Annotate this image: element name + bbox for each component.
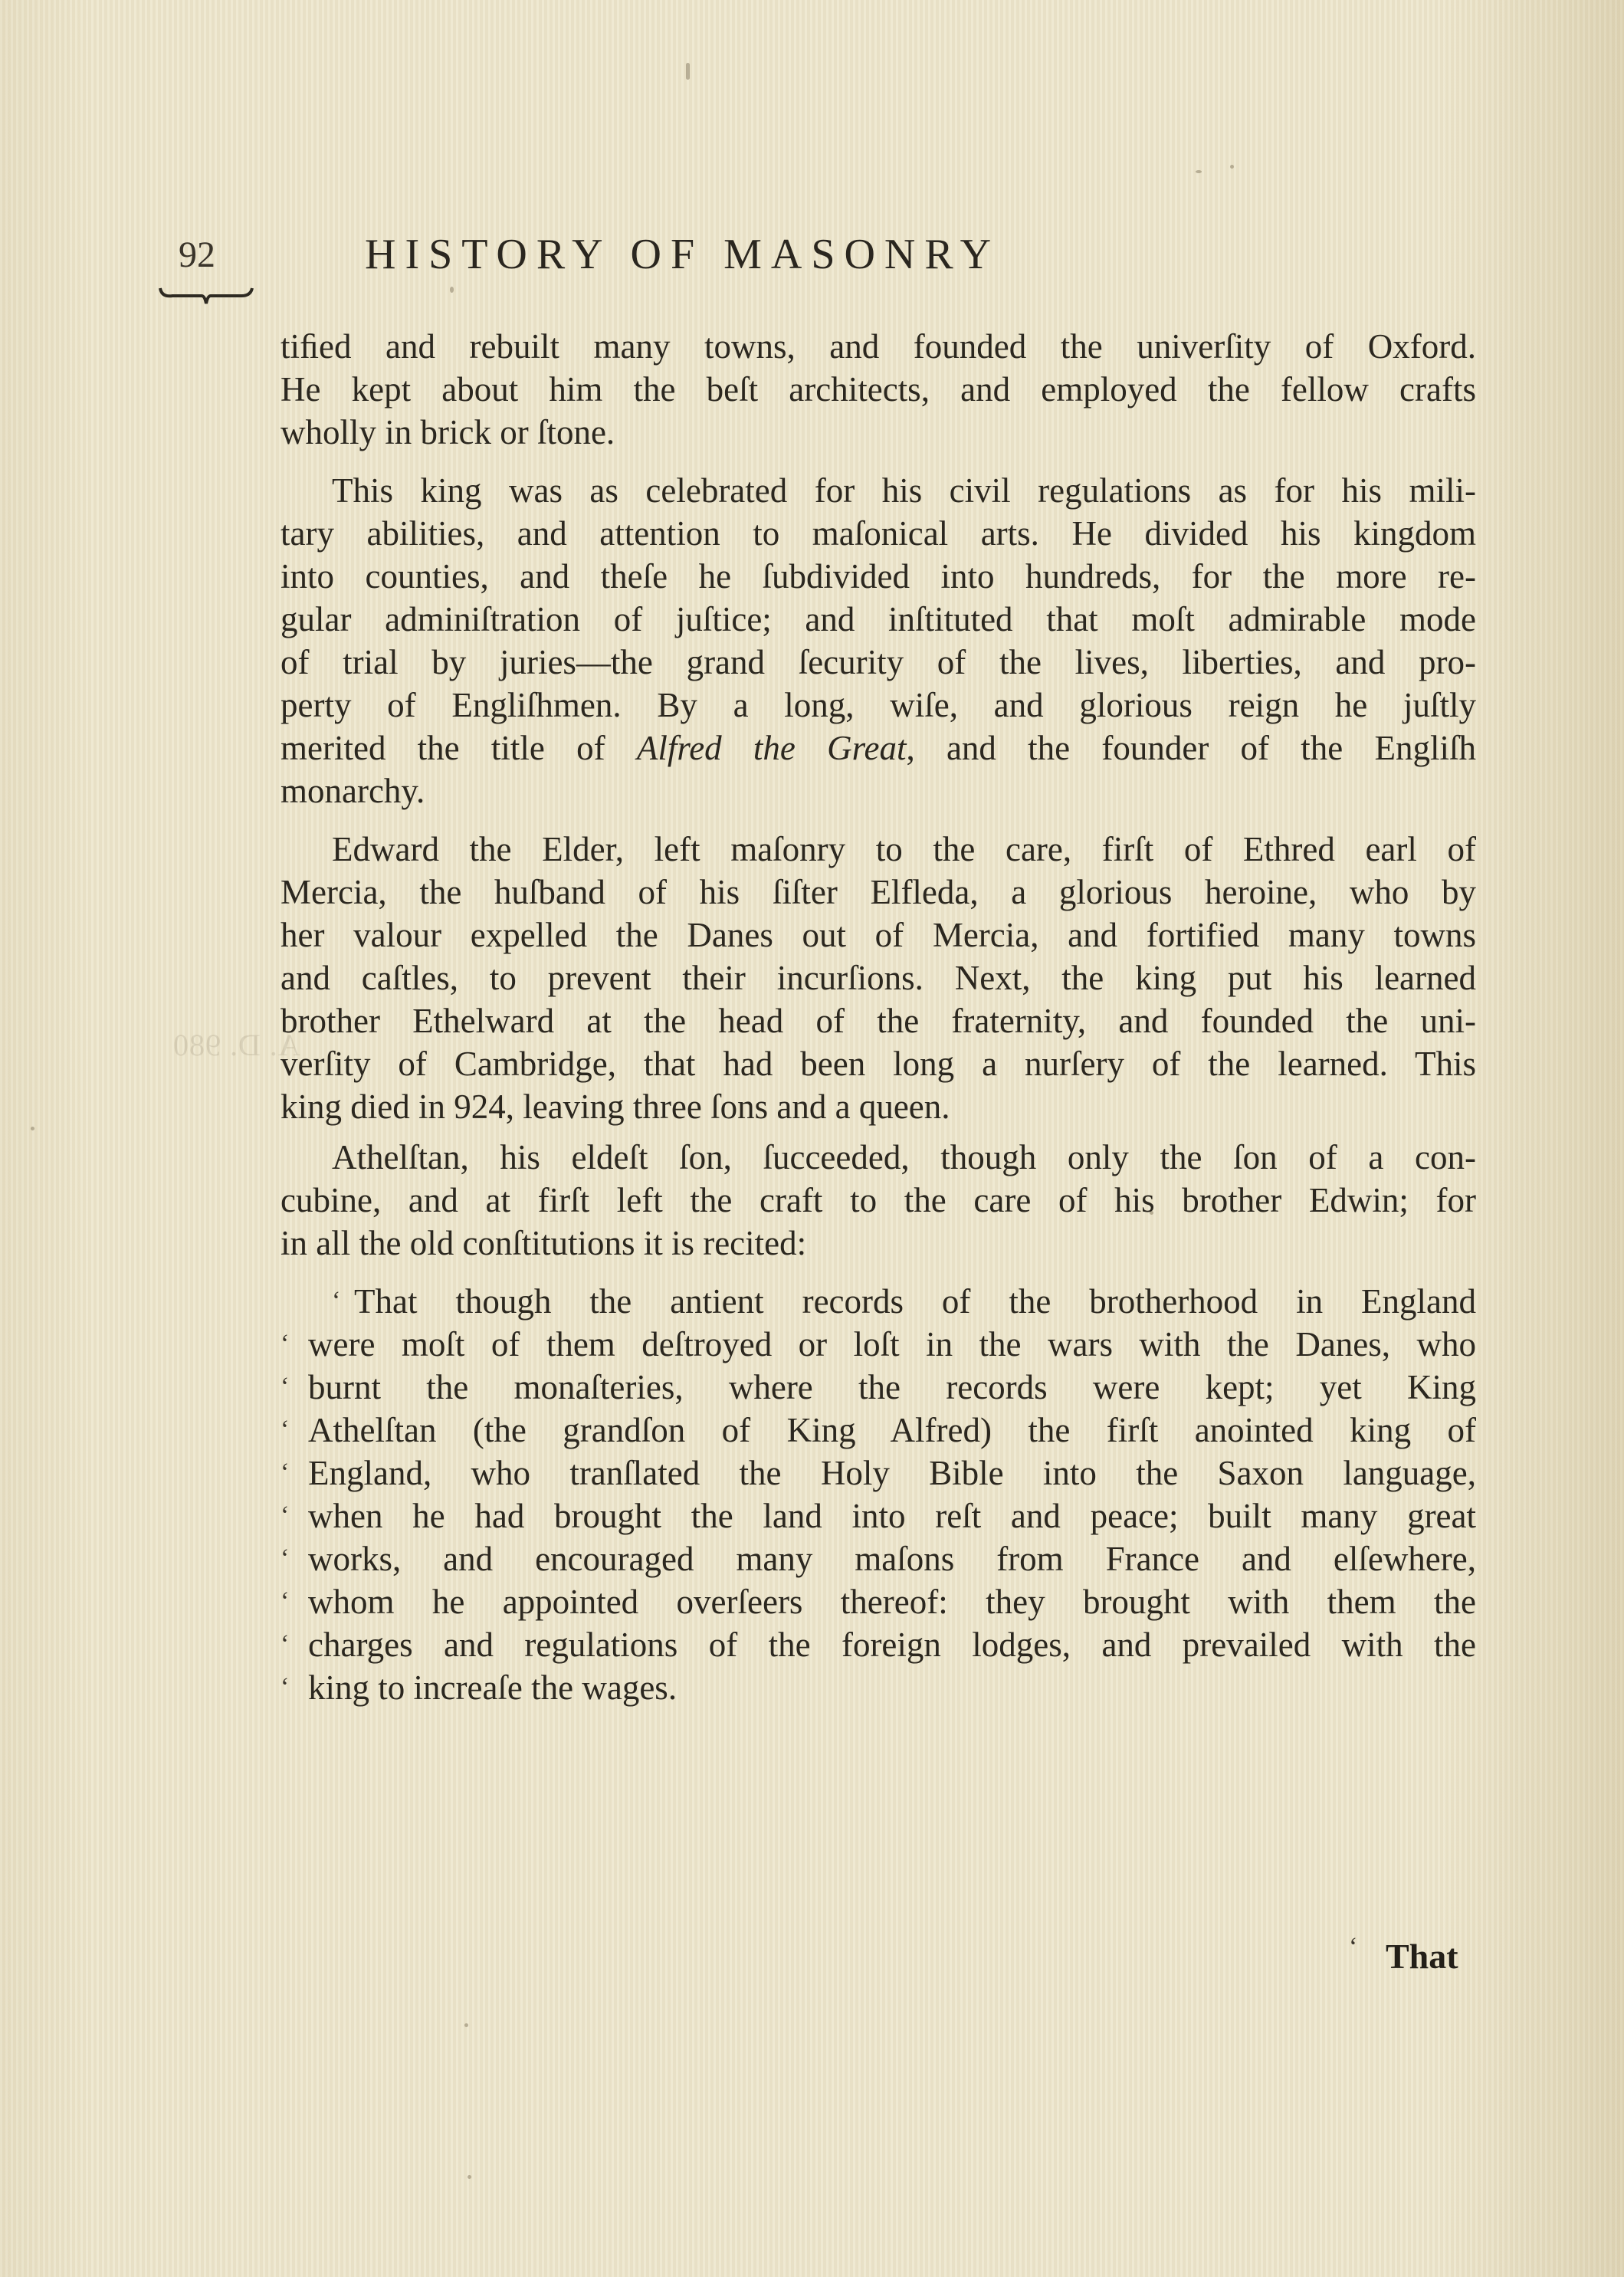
quote-line: England, who tranſlated the Holy Bible i… (308, 1452, 1476, 1494)
text-line: into counties, and theſe he ſubdivided i… (281, 555, 1476, 598)
text-line: king died in 924, leaving three ſons and… (281, 1085, 1476, 1128)
book-page: A. D. 980 92 HISTORY OF MASONRY tiﬁed an… (0, 0, 1624, 2277)
page-number: 92 (179, 234, 215, 276)
quote-continuation-mark: ‘ (281, 1623, 289, 1666)
quote-line: That though the antient records of the b… (354, 1280, 1476, 1323)
quote-continuation-mark: ‘ (281, 1323, 289, 1366)
text-line: He kept about him the beſt architects, a… (281, 368, 1476, 411)
paper-speck (31, 1127, 34, 1130)
text-line: gular adminiſtration of juſtice; and inſ… (281, 598, 1476, 641)
paper-speck (464, 2023, 468, 2027)
quote-line: works, and encouraged many maſons from F… (308, 1537, 1476, 1580)
text-line: in all the old conſtitutions it is recit… (281, 1222, 1476, 1265)
text-line: of trial by juries—the grand ſecurity of… (281, 641, 1476, 684)
quote-continuation-mark: ‘ (281, 1366, 289, 1409)
quote-line: charges and regulations of the foreign l… (308, 1623, 1476, 1666)
quote-continuation-mark: ‘ (281, 1580, 289, 1623)
paper-speck (686, 63, 690, 80)
text-line-with-italic: merited the title of Alfred the Great, a… (281, 727, 1476, 769)
quote-line: burnt the monaſteries, where the records… (308, 1366, 1476, 1409)
quote-line: Athelſtan (the grandſon of King Alfred) … (308, 1409, 1476, 1452)
text-line: cubine, and at firſt left the craft to t… (281, 1179, 1476, 1222)
paper-speck (1230, 165, 1234, 169)
text-line: verſity of Cambridge, that had been long… (281, 1042, 1476, 1085)
text-line: tary abilities, and attention to maſonic… (281, 512, 1476, 555)
quote-continuation-mark: ‘ (281, 1409, 289, 1452)
paper-speck (450, 287, 454, 293)
text-line: Mercia, the huſband of his ſiſter Elfled… (281, 871, 1476, 914)
running-head: HISTORY OF MASONRY (365, 230, 1246, 279)
text-line: and caſtles, to prevent their incurſions… (281, 956, 1476, 999)
text-line: Edward the Elder, left maſonry to the ca… (332, 828, 1476, 871)
text-line: Athelſtan, his eldeſt ſon, ſucceeded, th… (332, 1136, 1476, 1179)
quote-continuation-mark: ‘ (281, 1494, 289, 1537)
quote-continuation-mark: ‘ (281, 1666, 289, 1709)
text-line: tiﬁed and rebuilt many towns, and founde… (281, 325, 1476, 368)
quote-line: when he had brought the land into reſt a… (308, 1494, 1476, 1537)
quote-line: whom he appointed overſeers thereof: the… (308, 1580, 1476, 1623)
text-line: monarchy. (281, 769, 1476, 812)
text-line: wholly in brick or ſtone. (281, 411, 1476, 454)
paper-speck (1196, 170, 1202, 173)
text-line: brother Ethelward at the head of the fra… (281, 999, 1476, 1042)
quote-continuation-mark: ‘ (281, 1452, 289, 1494)
text-line: her valour expelled the Danes out of Mer… (281, 914, 1476, 956)
quote-line: king to increaſe the wages. (308, 1666, 1476, 1709)
text-line: perty of Engliſhmen. By a long, wiſe, an… (281, 684, 1476, 727)
quote-open-mark: ‘ (332, 1280, 340, 1323)
catchword-quote-mark: ‘ (1349, 1933, 1357, 1962)
text-line: This king was as celebrated for his civi… (332, 469, 1476, 512)
paper-speck (468, 2175, 471, 2179)
page-number-brace (157, 285, 257, 308)
catchword: That (1386, 1935, 1458, 1978)
italic-title: Alfred the Great (637, 729, 907, 767)
quote-line: were moſt of them deſtroyed or loſt in t… (308, 1323, 1476, 1366)
quote-continuation-mark: ‘ (281, 1537, 289, 1580)
